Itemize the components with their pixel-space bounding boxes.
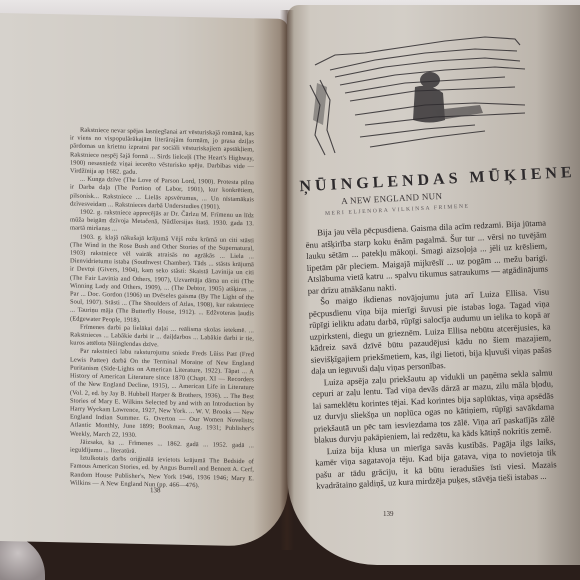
right-page: ŅŪINGLENDAS MŪĶIENE A NEW ENGLAND NUN ME…: [287, 5, 580, 565]
page-number-right: 139: [383, 510, 394, 518]
paragraph: Luiza bija klusa un mierīga savās kustīb…: [315, 436, 558, 492]
left-page-text: Rakstniece nevar spējas lasniegšanai arī…: [70, 126, 254, 491]
drawing-icon: [305, 25, 545, 160]
story-illustration: [305, 25, 545, 160]
paragraph: Par rakstnieci labu raksturojumu sniedz …: [70, 348, 254, 442]
right-page-text: Bija jau vēla pēcpusdiena. Gaisma dila a…: [305, 217, 557, 492]
paragraph: Šo maigo ikdienas novājojumu juta arī Lu…: [308, 286, 552, 377]
left-page: Rakstniece nevar spējas lasniegšanai arī…: [0, 13, 288, 547]
paragraph: ... Kunga dzīve (The Love of Parson Lord…: [70, 176, 254, 213]
book-gutter: [280, 10, 294, 550]
paragraph: Iztulkotais darbs oriģinālā ievietots kr…: [70, 455, 254, 492]
page-number-left: 138: [150, 486, 161, 494]
paragraph: Bija jau vēla pēcpusdiena. Gaisma dila a…: [305, 217, 549, 296]
paragraph: 1902. g. rakstniece apprecējās ar Dr. Čā…: [70, 208, 254, 236]
paragraph: Rakstniece nevar spējas lasniegšanai arī…: [70, 126, 254, 179]
paragraph: 1903. g. klajā nākušajā krājumā Vējš rož…: [70, 233, 254, 327]
paragraph: Luiza apsēja zaļu priekšautu ap vidukli …: [312, 367, 556, 446]
story-title-block: ŅŪINGLENDAS MŪĶIENE A NEW ENGLAND NUN ME…: [305, 165, 548, 218]
